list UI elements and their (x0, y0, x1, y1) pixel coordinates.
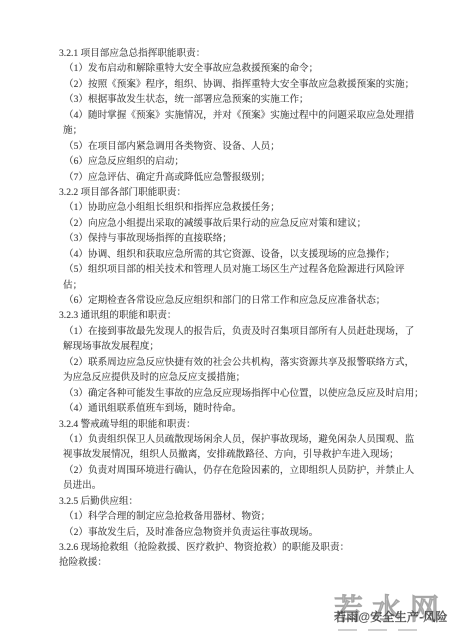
document-body: 3.2.1 项目部应急总指挥职能职责：（1）发布启动和解除重特大安全事故应急救援… (59, 46, 431, 571)
section-heading: 3.2.2 项目部各部门职能职责： (59, 185, 431, 200)
doc-line: 员进出。 (59, 478, 431, 493)
section-heading: 抢险救援： (59, 555, 431, 570)
doc-line: （3）保持与事故现场指挥的直接联络； (59, 231, 431, 246)
section-heading: 3.2.5 后勤供应组： (59, 494, 431, 509)
section-heading: 3.2.1 项目部应急总指挥职能职责： (59, 46, 431, 61)
doc-line: （2）联系周边应急反应快捷有效的社会公共机构，落实资源共享及报警联络方式， (59, 355, 431, 370)
section-heading: 3.2.6 现场抢救组（抢险救援、医疗救护、物资抢救）的职能及职责： (59, 540, 431, 555)
doc-line: （1）科学合理的制定应急抢救备用器材、物资； (59, 509, 431, 524)
document-page: 3.2.1 项目部应急总指挥职能职责：（1）发布启动和解除重特大安全事故应急救援… (0, 0, 450, 636)
doc-line: 解现场事故发展程度； (59, 339, 431, 354)
doc-line: 估； (59, 278, 431, 293)
doc-line: 施； (59, 123, 431, 138)
doc-line: （1）协助应急小组组长组织和指挥应急救援任务； (59, 200, 431, 215)
doc-line: （6）定期检查各常设应急反应组织和部门的日常工作和应急反应准备状态； (59, 293, 431, 308)
doc-line: （6）应急反应组织的启动； (59, 154, 431, 169)
section-heading: 3.2.3 通讯组的职能和职责： (59, 308, 431, 323)
watermark-dashes (338, 629, 417, 631)
doc-line: （5）在项目部内紧急调用各类物资、设备、人员； (59, 139, 431, 154)
doc-line: （2）负责对周围环境进行确认，仍存在危险因素的，立即组织人员防护，并禁止人 (59, 463, 431, 478)
watermark: 若水网 若雨@安全生产-风险 (333, 595, 450, 636)
doc-line: 视事故发展情况，组织人员撤离，安排疏散路径、方向，引导救护车进入现场； (59, 447, 431, 462)
doc-line: （7）应急评估、确定升高或降低应急警报级别； (59, 170, 431, 185)
doc-line: （1）在接到事故最先发现人的报告后，负责及时召集项目部所有人员赶赴现场，了 (59, 324, 431, 339)
doc-line: （5）组织项目部的相关技术和管理人员对施工场区生产过程各危险源进行风险评 (59, 262, 431, 277)
watermark-badge-text: 若雨@安全生产-风险 (334, 610, 448, 625)
doc-line: （2）按照《预案》程序，组织、协调、指挥重特大安全事故应急救援预案的实施； (59, 77, 431, 92)
doc-line: （4）通讯组联系值班车到场，随时待命。 (59, 401, 431, 416)
doc-line: （4）随时掌握《预案》实施情况，并对《预案》实施过程中的问题采取应急处理措 (59, 108, 431, 123)
doc-line: （2）向应急小组提出采取的减缓事故后果行动的应急反应对策和建议； (59, 216, 431, 231)
section-heading: 3.2.4 警戒疏导组的职能和职责： (59, 417, 431, 432)
doc-line: （1）负责组织保卫人员疏散现场闲余人员，保护事故现场，避免闲杂人员围观、监 (59, 432, 431, 447)
doc-line: （4）协调、组织和获取应急所需的其它资源、设备，以支援现场的应急操作； (59, 247, 431, 262)
doc-line: （3）确定各种可能发生事故的应急反应现场指挥中心位置，以使应急反应及时启用； (59, 386, 431, 401)
doc-line: （2）事故发生后，及时准备应急物资并负责运往事故现场。 (59, 525, 431, 540)
doc-line: （1）发布启动和解除重特大安全事故应急救援预案的命令； (59, 61, 431, 76)
doc-line: 为应急反应提供及时的应急反应支援措施； (59, 370, 431, 385)
doc-line: （3）根据事故发生状态，统一部署应急预案的实施工作； (59, 92, 431, 107)
